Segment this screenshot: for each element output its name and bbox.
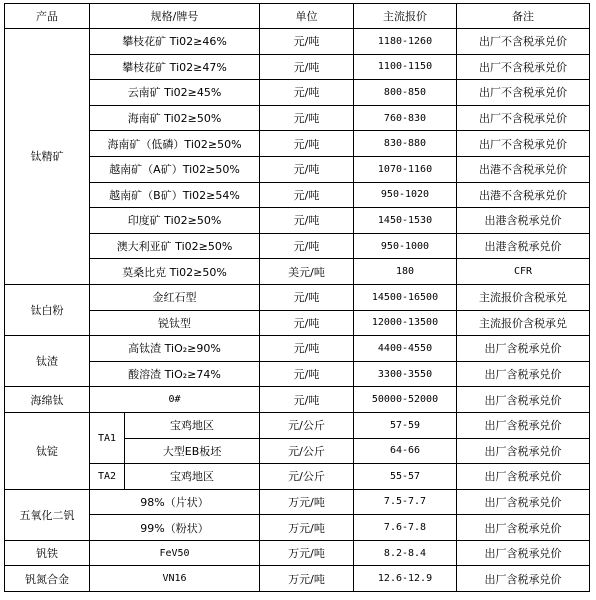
- header-product: 产品: [5, 4, 90, 29]
- spec-cell: 99%（粉状）: [90, 515, 260, 541]
- spec-cell: 攀枝花矿 Ti02≥47%: [90, 54, 260, 80]
- header-unit: 单位: [260, 4, 354, 29]
- price-cell: 950-1020: [354, 182, 457, 208]
- product-cell: 钛渣: [5, 336, 90, 387]
- spec-cell: 高钛渣 TiO₂≥90%: [90, 336, 260, 362]
- note-cell: 出厂含税承兑价: [457, 361, 590, 387]
- grade-cell: TA1: [90, 412, 125, 463]
- note-cell: 出厂含税承兑价: [457, 412, 590, 438]
- note-cell: 出厂含税承兑价: [457, 515, 590, 541]
- unit-cell: 美元/吨: [260, 259, 354, 285]
- table-row: 澳大利亚矿 Ti02≥50% 元/吨 950-1000 出港含税承兑价: [5, 233, 590, 259]
- price-cell: 1180-1260: [354, 29, 457, 55]
- table-row: 越南矿（A矿）Ti02≥50% 元/吨 1070-1160 出港不含税承兑价: [5, 156, 590, 182]
- unit-cell: 元/吨: [260, 156, 354, 182]
- note-cell: 出港不含税承兑价: [457, 182, 590, 208]
- unit-cell: 元/公斤: [260, 438, 354, 464]
- spec-cell: 攀枝花矿 Ti02≥46%: [90, 29, 260, 55]
- table-row: 印度矿 Ti02≥50% 元/吨 1450-1530 出港含税承兑价: [5, 208, 590, 234]
- table-row: 海南矿 Ti02≥50% 元/吨 760-830 出厂不含税承兑价: [5, 105, 590, 131]
- spec-cell: 锐钛型: [90, 310, 260, 336]
- unit-cell: 元/公斤: [260, 412, 354, 438]
- note-cell: 出厂不含税承兑价: [457, 131, 590, 157]
- table-header-row: 产品 规格/牌号 单位 主流报价 备注: [5, 4, 590, 29]
- table-row: 海南矿（低磷）Ti02≥50% 元/吨 830-880 出厂不含税承兑价: [5, 131, 590, 157]
- spec-cell: 越南矿（A矿）Ti02≥50%: [90, 156, 260, 182]
- table-row: 海绵钛 0# 元/吨 50000-52000 出厂含税承兑价: [5, 387, 590, 413]
- header-spec: 规格/牌号: [90, 4, 260, 29]
- note-cell: CFR: [457, 259, 590, 285]
- header-price: 主流报价: [354, 4, 457, 29]
- unit-cell: 元/吨: [260, 361, 354, 387]
- grade-cell: TA2: [90, 464, 125, 490]
- note-cell: 主流报价含税承兑: [457, 284, 590, 310]
- price-cell: 950-1000: [354, 233, 457, 259]
- note-cell: 出厂含税承兑价: [457, 489, 590, 515]
- note-cell: 出厂含税承兑价: [457, 387, 590, 413]
- note-cell: 出港含税承兑价: [457, 233, 590, 259]
- price-table: 产品 规格/牌号 单位 主流报价 备注 钛精矿 攀枝花矿 Ti02≥46% 元/…: [4, 3, 590, 592]
- table-row: 五氧化二钒 98%（片状） 万元/吨 7.5-7.7 出厂含税承兑价: [5, 489, 590, 515]
- spec-cell: 印度矿 Ti02≥50%: [90, 208, 260, 234]
- price-cell: 1070-1160: [354, 156, 457, 182]
- product-cell: 钛锭: [5, 412, 90, 489]
- table-row: TA2 宝鸡地区 元/公斤 55-57 出厂含税承兑价: [5, 464, 590, 490]
- note-cell: 出厂含税承兑价: [457, 464, 590, 490]
- unit-cell: 元/吨: [260, 208, 354, 234]
- table-row: 莫桑比克 Ti02≥50% 美元/吨 180 CFR: [5, 259, 590, 285]
- note-cell: 出厂含税承兑价: [457, 540, 590, 566]
- unit-cell: 元/吨: [260, 80, 354, 106]
- spec-cell: 莫桑比克 Ti02≥50%: [90, 259, 260, 285]
- header-note: 备注: [457, 4, 590, 29]
- price-cell: 180: [354, 259, 457, 285]
- product-cell: 五氧化二钒: [5, 489, 90, 540]
- table-row: 钒氮合金 VN16 万元/吨 12.6-12.9 出厂含税承兑价: [5, 566, 590, 592]
- table-row: 钛精矿 攀枝花矿 Ti02≥46% 元/吨 1180-1260 出厂不含税承兑价: [5, 29, 590, 55]
- note-cell: 出厂含税承兑价: [457, 438, 590, 464]
- spec-cell: 澳大利亚矿 Ti02≥50%: [90, 233, 260, 259]
- unit-cell: 万元/吨: [260, 515, 354, 541]
- price-cell: 50000-52000: [354, 387, 457, 413]
- spec-cell: 0#: [90, 387, 260, 413]
- spec-cell: 海南矿（低磷）Ti02≥50%: [90, 131, 260, 157]
- spec-cell: 海南矿 Ti02≥50%: [90, 105, 260, 131]
- unit-cell: 元/吨: [260, 336, 354, 362]
- price-cell: 3300-3550: [354, 361, 457, 387]
- unit-cell: 元/吨: [260, 105, 354, 131]
- table-row: 云南矿 Ti02≥45% 元/吨 800-850 出厂不含税承兑价: [5, 80, 590, 106]
- spec-cell: 越南矿（B矿）Ti02≥54%: [90, 182, 260, 208]
- spec-cell: 云南矿 Ti02≥45%: [90, 80, 260, 106]
- spec-cell: 宝鸡地区: [125, 464, 260, 490]
- unit-cell: 元/吨: [260, 284, 354, 310]
- product-cell: 钒氮合金: [5, 566, 90, 592]
- price-cell: 830-880: [354, 131, 457, 157]
- price-cell: 55-57: [354, 464, 457, 490]
- table-row: 越南矿（B矿）Ti02≥54% 元/吨 950-1020 出港不含税承兑价: [5, 182, 590, 208]
- unit-cell: 万元/吨: [260, 540, 354, 566]
- price-cell: 1450-1530: [354, 208, 457, 234]
- note-cell: 出厂不含税承兑价: [457, 29, 590, 55]
- price-cell: 12000-13500: [354, 310, 457, 336]
- price-cell: 14500-16500: [354, 284, 457, 310]
- note-cell: 出厂含税承兑价: [457, 336, 590, 362]
- table-row: 99%（粉状） 万元/吨 7.6-7.8 出厂含税承兑价: [5, 515, 590, 541]
- note-cell: 出厂含税承兑价: [457, 566, 590, 592]
- price-cell: 4400-4550: [354, 336, 457, 362]
- note-cell: 出厂不含税承兑价: [457, 54, 590, 80]
- price-cell: 57-59: [354, 412, 457, 438]
- product-cell: 钒铁: [5, 540, 90, 566]
- price-cell: 64-66: [354, 438, 457, 464]
- price-cell: 12.6-12.9: [354, 566, 457, 592]
- price-cell: 8.2-8.4: [354, 540, 457, 566]
- unit-cell: 元/吨: [260, 54, 354, 80]
- price-cell: 760-830: [354, 105, 457, 131]
- spec-cell: VN16: [90, 566, 260, 592]
- spec-cell: 大型EB板坯: [125, 438, 260, 464]
- spec-cell: 宝鸡地区: [125, 412, 260, 438]
- note-cell: 出厂不含税承兑价: [457, 80, 590, 106]
- product-cell: 海绵钛: [5, 387, 90, 413]
- price-cell: 7.6-7.8: [354, 515, 457, 541]
- price-cell: 800-850: [354, 80, 457, 106]
- unit-cell: 元/公斤: [260, 464, 354, 490]
- product-cell: 钛精矿: [5, 29, 90, 285]
- unit-cell: 元/吨: [260, 182, 354, 208]
- note-cell: 出港不含税承兑价: [457, 156, 590, 182]
- unit-cell: 元/吨: [260, 131, 354, 157]
- table-row: 锐钛型 元/吨 12000-13500 主流报价含税承兑: [5, 310, 590, 336]
- note-cell: 出厂不含税承兑价: [457, 105, 590, 131]
- unit-cell: 元/吨: [260, 233, 354, 259]
- price-cell: 7.5-7.7: [354, 489, 457, 515]
- table-row: 钛锭 TA1 宝鸡地区 元/公斤 57-59 出厂含税承兑价: [5, 412, 590, 438]
- unit-cell: 元/吨: [260, 387, 354, 413]
- unit-cell: 元/吨: [260, 29, 354, 55]
- note-cell: 主流报价含税承兑: [457, 310, 590, 336]
- table-row: 钒铁 FeV50 万元/吨 8.2-8.4 出厂含税承兑价: [5, 540, 590, 566]
- price-cell: 1100-1150: [354, 54, 457, 80]
- unit-cell: 万元/吨: [260, 489, 354, 515]
- spec-cell: 酸溶渣 TiO₂≥74%: [90, 361, 260, 387]
- unit-cell: 元/吨: [260, 310, 354, 336]
- unit-cell: 万元/吨: [260, 566, 354, 592]
- table-row: 钛渣 高钛渣 TiO₂≥90% 元/吨 4400-4550 出厂含税承兑价: [5, 336, 590, 362]
- table-row: 酸溶渣 TiO₂≥74% 元/吨 3300-3550 出厂含税承兑价: [5, 361, 590, 387]
- note-cell: 出港含税承兑价: [457, 208, 590, 234]
- spec-cell: FeV50: [90, 540, 260, 566]
- product-cell: 钛白粉: [5, 284, 90, 335]
- spec-cell: 金红石型: [90, 284, 260, 310]
- table-row: 攀枝花矿 Ti02≥47% 元/吨 1100-1150 出厂不含税承兑价: [5, 54, 590, 80]
- spec-cell: 98%（片状）: [90, 489, 260, 515]
- table-row: 钛白粉 金红石型 元/吨 14500-16500 主流报价含税承兑: [5, 284, 590, 310]
